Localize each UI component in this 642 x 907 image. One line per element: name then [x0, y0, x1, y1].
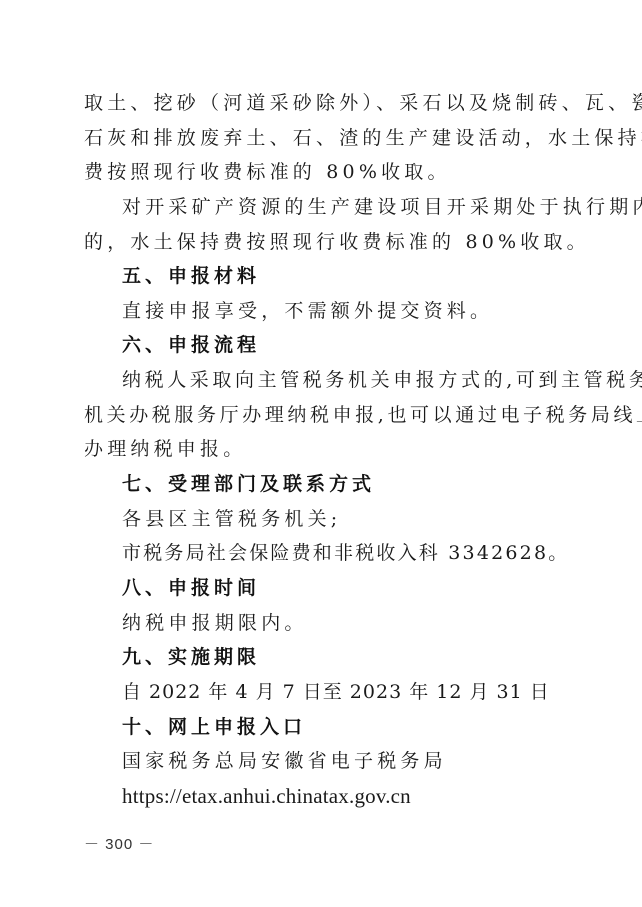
period-line: 自 2022 年 4 月 7 日至 2023 年 12 月 31 日 [84, 678, 560, 713]
section-heading-materials: 五、申报材料 [84, 262, 560, 297]
body-line: 纳税人采取向主管税务机关申报方式的,可到主管税务 [84, 366, 560, 401]
section-heading-period: 九、实施期限 [84, 643, 560, 678]
body-line: 取土、挖砂（河道采砂除外）、采石以及烧制砖、瓦、瓷、 [84, 89, 560, 124]
body-line: 石灰和排放废弃土、石、渣的生产建设活动，水土保持补偿 [84, 124, 560, 159]
body-line: 办理纳税申报。 [84, 435, 560, 470]
body-line: 国家税务总局安徽省电子税务局 [84, 747, 560, 782]
body-line: 机关办税服务厅办理纳税申报,也可以通过电子税务局线上 [84, 401, 560, 436]
contact-phone-line: 市税务局社会保险费和非税收入科 3342628。 [84, 539, 560, 574]
document-page: 取土、挖砂（河道采砂除外）、采石以及烧制砖、瓦、瓷、 石灰和排放废弃土、石、渣的… [84, 89, 560, 816]
body-line: 费按照现行收费标准的 80%收取。 [84, 158, 560, 193]
body-line: 各县区主管税务机关; [84, 505, 560, 540]
section-heading-process: 六、申报流程 [84, 331, 560, 366]
section-heading-time: 八、申报时间 [84, 574, 560, 609]
body-line: 纳税申报期限内。 [84, 609, 560, 644]
etax-url-link[interactable]: https://etax.anhui.chinatax.gov.cn [84, 782, 560, 817]
body-line: 直接申报享受，不需额外提交资料。 [84, 297, 560, 332]
body-line: 对开采矿产资源的生产建设项目开采期处于执行期内 [84, 193, 560, 228]
section-heading-contact: 七、受理部门及联系方式 [84, 470, 560, 505]
page-number: － 300 － [84, 833, 154, 854]
body-line: 的，水土保持费按照现行收费标准的 80%收取。 [84, 228, 560, 263]
section-heading-online-entry: 十、网上申报入口 [84, 713, 560, 748]
